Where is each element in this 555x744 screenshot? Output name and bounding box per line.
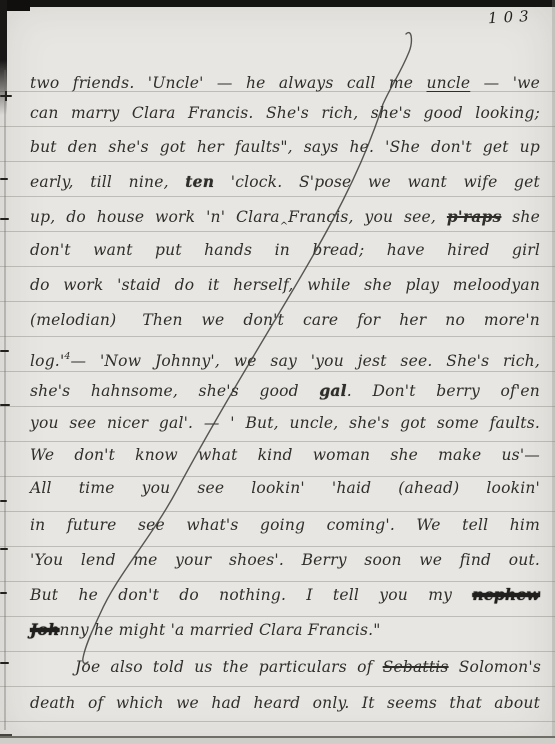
margin-tick-mark xyxy=(0,404,10,406)
manuscript-text: death of which we had heard only. It see… xyxy=(30,694,540,712)
scan-edge-bottom xyxy=(0,738,555,744)
manuscript-word-overwrite: ten xyxy=(185,172,214,191)
manuscript-line: Joe also told us the particulars of Seba… xyxy=(75,655,541,679)
manuscript-line: do work 'staid do it herself, while she … xyxy=(30,273,540,297)
manuscript-line: death of which we had heard only. It see… xyxy=(30,691,540,715)
manuscript-line: Johnny he might 'a married Clara Francis… xyxy=(30,618,540,642)
manuscript-line: in future see what's going coming'. We t… xyxy=(30,513,540,537)
margin-tick-mark xyxy=(0,95,12,97)
manuscript-text: two friends. 'Uncle' — he always call me xyxy=(30,74,427,92)
margin-tick-mark xyxy=(0,500,7,502)
manuscript-line: All time you see lookin' 'haid (ahead) l… xyxy=(30,476,540,500)
manuscript-text: you see nicer gal'. — ' But, uncle, she'… xyxy=(30,414,540,432)
manuscript-text: she's hahnsome, she's good xyxy=(30,382,319,400)
manuscript-text: don't want put hands in bread; have hire… xyxy=(30,241,540,259)
manuscript-line: (melodian)Then we don't care for her no … xyxy=(30,308,540,332)
manuscript-text: in future see what's going coming'. We t… xyxy=(30,516,540,534)
manuscript-line: up, do house work 'n' Clara^Francis, you… xyxy=(30,205,540,229)
manuscript-text: but den she's got her faults", says he. … xyxy=(30,138,540,156)
manuscript-text: We don't know what kind woman she make u… xyxy=(30,446,540,464)
manuscript-text: Solomon's xyxy=(449,658,541,676)
margin-tick-mark xyxy=(0,548,8,550)
manuscript-word-underline: uncle xyxy=(427,74,471,92)
manuscript-text: 'clock. S'pose we want wife get xyxy=(214,173,540,191)
manuscript-text: All time you see lookin' 'haid (ahead) l… xyxy=(30,479,540,497)
manuscript-line: But he don't do nothing. I tell you my n… xyxy=(30,583,540,607)
manuscript-text: up, do house work 'n' Clara xyxy=(30,208,280,226)
manuscript-text: Joe also told us the particulars of xyxy=(75,658,383,676)
manuscript-page: 103 two friends. 'Uncle' — he always cal… xyxy=(0,0,555,744)
scan-edge-top xyxy=(0,0,555,7)
manuscript-text: (melodian) xyxy=(30,311,116,329)
manuscript-word-strike-bold: p'raps xyxy=(447,207,502,226)
manuscript-word-blot: Joh xyxy=(30,620,60,639)
manuscript-line: you see nicer gal'. — ' But, uncle, she'… xyxy=(30,411,540,435)
manuscript-line: she's hahnsome, she's good gal. Don't be… xyxy=(30,379,540,403)
manuscript-text: do work 'staid do it herself, while she … xyxy=(30,276,540,294)
manuscript-line: log.'4— 'Now Johnny', we say 'you jest s… xyxy=(30,345,540,369)
manuscript-text: nny he might 'a married Clara Francis." xyxy=(60,621,381,639)
manuscript-line: but den she's got her faults", says he. … xyxy=(30,135,540,159)
margin-tick-mark xyxy=(0,592,7,594)
manuscript-text: But he don't do nothing. I tell you my xyxy=(30,586,472,604)
manuscript-text: . Don't berry of'en xyxy=(347,382,540,400)
manuscript-word-caret: ^ xyxy=(280,221,288,232)
manuscript-word-strike: Sebattis xyxy=(383,658,449,676)
manuscript-text: — 'Now Johnny', we say 'you jest see. Sh… xyxy=(70,352,540,370)
manuscript-text: log.' xyxy=(30,352,64,370)
margin-tick-mark xyxy=(0,350,9,352)
margin-tick-mark xyxy=(0,662,9,664)
page-number: 103 xyxy=(488,7,536,27)
manuscript-line: 'You lend me your shoes'. Berry soon we … xyxy=(30,548,540,572)
margin-tick-mark xyxy=(0,178,8,180)
manuscript-line: can marry Clara Francis. She's rich, she… xyxy=(30,101,540,125)
manuscript-text: can marry Clara Francis. She's rich, she… xyxy=(30,104,540,122)
manuscript-text: she xyxy=(501,208,540,226)
manuscript-text: — 'we xyxy=(470,74,540,92)
manuscript-text: early, till nine, xyxy=(30,173,185,191)
manuscript-line: We don't know what kind woman she make u… xyxy=(30,443,540,467)
manuscript-word-overwrite: gal xyxy=(319,381,346,400)
manuscript-line: early, till nine, ten 'clock. S'pose we … xyxy=(30,170,540,194)
manuscript-text: Then we don't care for her no more'n xyxy=(142,311,540,329)
manuscript-line: two friends. 'Uncle' — he always call me… xyxy=(30,71,540,95)
manuscript-text: Francis, you see, xyxy=(288,208,447,226)
manuscript-line: don't want put hands in bread; have hire… xyxy=(30,238,540,262)
margin-tick-mark xyxy=(0,218,9,220)
manuscript-word-blot: nephew xyxy=(472,585,540,604)
manuscript-text: 'You lend me your shoes'. Berry soon we … xyxy=(30,551,540,569)
paper-left-edge-line xyxy=(4,70,6,730)
